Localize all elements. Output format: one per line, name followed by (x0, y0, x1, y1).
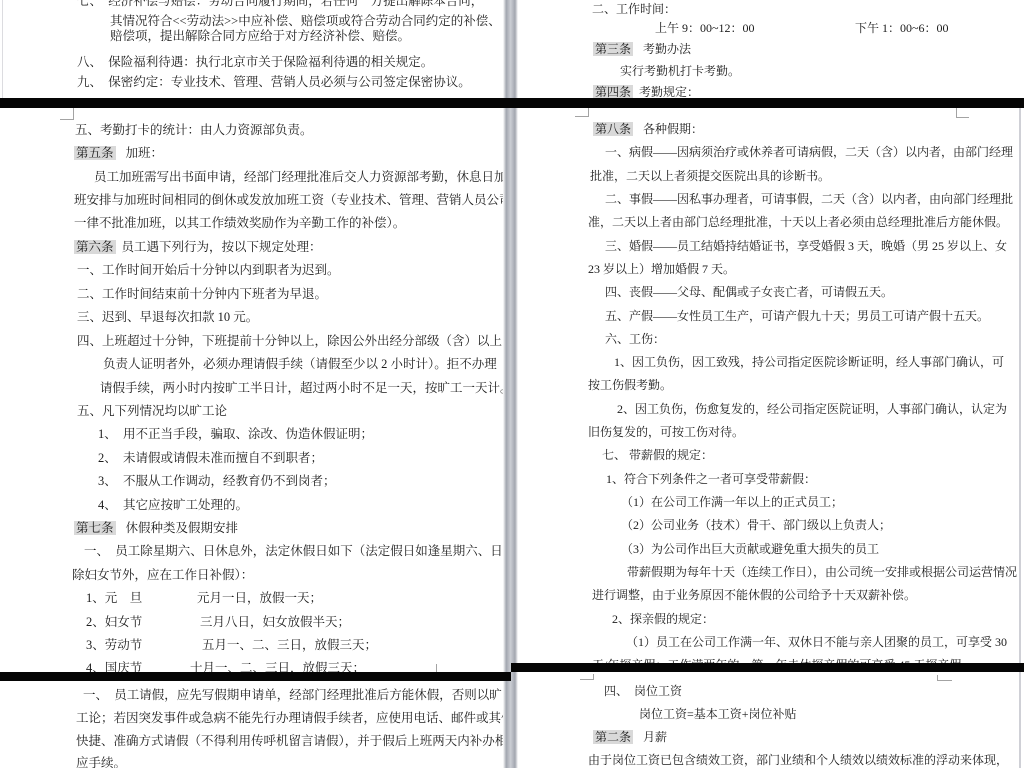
doc-line: 由于岗位工资已包含绩效工资，部门业绩和个人绩效以绩效标准的浮动来体现， (588, 752, 1008, 768)
doc-line: 带薪假期为每年十天（连续工作日），由公司统一安排或根据公司运营情况 (627, 564, 1017, 581)
article-heading: 第八条各种假期： (593, 121, 703, 138)
document-viewer: 七、 经济补偿与赔偿：劳动合同履行期间，若任何一方提出解除本合同， 其情况符合<… (0, 0, 1024, 768)
doc-line: （1）员工在公司工作满一年、双休日不能与亲人团聚的员工，可享受 30 (626, 634, 1007, 651)
doc-line: 六、工伤： (605, 331, 665, 348)
article-number: 第三条 (593, 42, 633, 56)
doc-line: 四、丧假——父母、配偶或子女丧亡者，可请假五天。 (605, 284, 893, 301)
doc-line: 七、 带薪假的规定： (602, 447, 713, 464)
article-number: 第四条 (593, 85, 633, 99)
margin-crop-mark (580, 674, 594, 680)
margin-crop-mark (937, 675, 952, 681)
doc-line: 四、 岗位工资 (604, 683, 682, 700)
doc-line: 旧伤复发的，可按工伤对待。 (588, 424, 744, 441)
doc-line: 2、探亲假的规定： (612, 611, 714, 628)
page-edge-left (2, 0, 3, 98)
doc-line: 批准，二天以上者须提交医院出具的诊断书。 (590, 168, 830, 185)
page-break-bar-bottom-right (511, 663, 1024, 672)
doc-line: 1、因工负伤，因工致残，持公司指定医院诊断证明，经人事部门确认，可 (614, 354, 1004, 371)
article-title: 各种假期： (643, 122, 703, 136)
doc-line: 2、因工负伤，伤愈复发的，经公司指定医院证明，人事部门确认，认定为 (617, 401, 1007, 418)
page-break-bar-bottom-left (0, 672, 511, 681)
article-title: 月薪 (643, 730, 667, 744)
article-title: 考勤规定： (639, 85, 699, 99)
doc-line: 进行调整，由于业务原因不能休假的公司给予十天双薪补偿。 (592, 587, 916, 604)
doc-line: 五、产假——女性员工生产，可请产假九十天；男员工可请产假十五天。 (605, 308, 989, 325)
doc-line: 岗位工资=基本工资+岗位补贴 (639, 706, 797, 723)
doc-line: 实行考勤机打卡考勤。 (620, 63, 740, 80)
doc-line: （1）在公司工作满一年以上的正式员工； (621, 494, 843, 511)
article-number: 第八条 (593, 122, 633, 136)
article-heading: 第三条考勤办法 (593, 41, 691, 58)
worktime-am: 上午 9：00~12：00 (655, 20, 755, 37)
article-heading: 第二条月薪 (593, 729, 667, 746)
doc-line: （3）为公司作出巨大贡献或避免重大损失的员工 (621, 541, 879, 558)
doc-line: 二、事假——因私事办理者，可请事假，二天（含）以内者，由向部门经理批 (605, 191, 1013, 208)
doc-line: （2）公司业务（技术）骨干、部门级以上负责人； (621, 517, 891, 534)
margin-crop-mark (60, 106, 74, 120)
page-gutter (503, 0, 518, 768)
article-number: 第二条 (593, 730, 633, 744)
article-title: 考勤办法 (643, 42, 691, 56)
worktime-pm: 下午 1：00~6：00 (855, 20, 949, 37)
doc-line: 23 岁以上）增加婚假 7 天。 (588, 261, 735, 278)
doc-line: 二、工作时间： (592, 1, 676, 18)
page-break-bar-top (0, 98, 1024, 108)
doc-line: 准，二天以上者由部门总经理批准，十天以上者必须由总经理批准后方能休假。 (588, 214, 1008, 231)
doc-line: 一、病假——因病须治疗或休养者可请病假，二天（含）以内者，由部门经理 (605, 144, 1013, 161)
doc-line: 三、婚假——员工结婚持结婚证书，享受婚假 3 天，晚婚（男 25 岁以上、女 (605, 238, 1007, 255)
doc-line: 1、符合下列条件之一者可享受带薪假： (606, 471, 816, 488)
doc-line: 按工伤假考勤。 (588, 377, 672, 394)
